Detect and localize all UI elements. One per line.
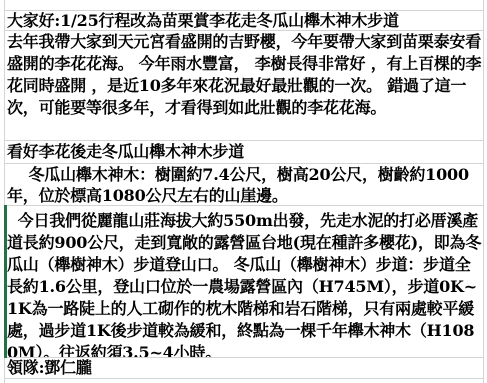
cell-text: 去年我帶大家到天元宮看盛開的吉野櫻，今年要帶大家到苗栗泰安看盛開的李花花海。 今… (5, 31, 483, 119)
cell-subtitle[interactable]: 看好李花後走冬瓜山櫸木神木步道 (5, 141, 483, 164)
cell-text: 領隊:鄧仁朧 (5, 358, 483, 378)
cell-text: 看好李花後走冬瓜山櫸木神木步道 (5, 141, 483, 163)
selected-cell-indicator (4, 205, 7, 358)
cell-tree-info[interactable]: 冬瓜山櫸木神木：樹圍約7.4公尺，樹高20公尺，樹齡約1000年，位於標高108… (5, 164, 483, 206)
cell-trail-description[interactable]: 今日我們從麗龍山莊海拔大約550m出發，先走水泥的打必厝溪產道長約900公尺，走… (5, 206, 483, 358)
cell-above[interactable] (5, 0, 483, 11)
cell-leader[interactable]: 領隊:鄧仁朧 (5, 358, 483, 379)
cell-text: 大家好:1/25行程改為苗栗賞李花走冬瓜山櫸木神木步道 (5, 11, 483, 30)
cell-title[interactable]: 大家好:1/25行程改為苗栗賞李花走冬瓜山櫸木神木步道 (5, 11, 483, 31)
cell-text: 冬瓜山櫸木神木：樹圍約7.4公尺，樹高20公尺，樹齡約1000年，位於標高108… (5, 164, 483, 206)
cell-text: 今日我們從麗龍山莊海拔大約550m出發，先走水泥的打必厝溪產道長約900公尺，走… (5, 206, 483, 358)
column-right-gridline (483, 0, 484, 383)
cell-intro[interactable]: 去年我帶大家到天元宮看盛開的吉野櫻，今年要帶大家到苗栗泰安看盛開的李花花海。 今… (5, 31, 483, 141)
spreadsheet-grid: 大家好:1/25行程改為苗栗賞李花走冬瓜山櫸木神木步道 去年我帶大家到天元宮看盛… (0, 0, 487, 383)
